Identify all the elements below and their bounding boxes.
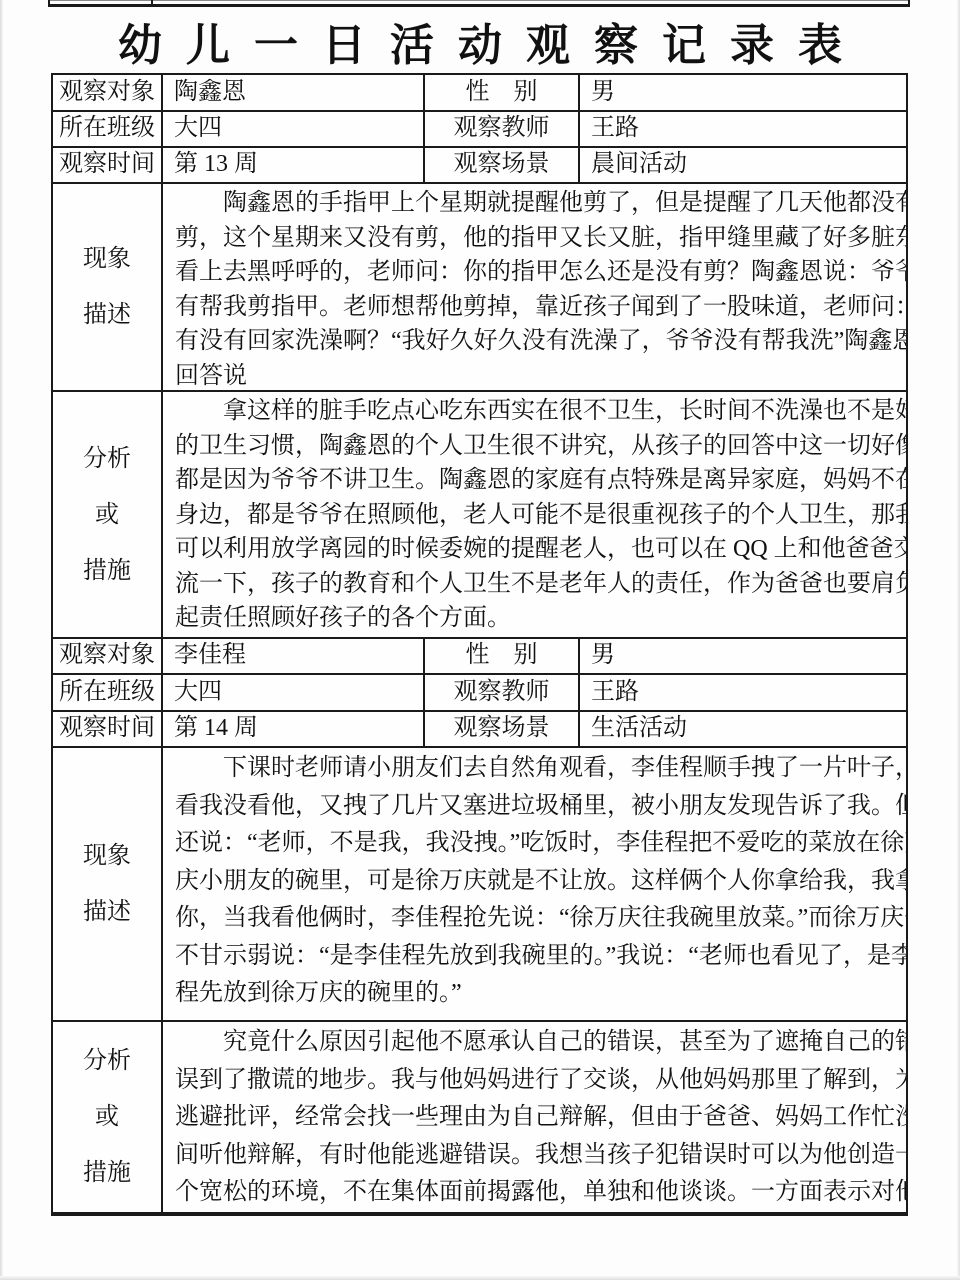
text-line: 程先放到徐万庆的碗里的。” [175,975,900,1013]
text-line: 看我没看他，又拽了几片又塞进垃圾桶里，被小朋友发现告诉了我。但他 [175,788,900,826]
text-line: 身边，都是爷爷在照顾他，老人可能不是很重视孩子的个人卫生，那我想 [175,498,900,533]
subject-label: 观察对象 [53,639,163,673]
previous-table-remnant-line [48,0,910,1]
phenomenon-label: 现象 描述 [53,748,163,1020]
table-row: 观察对象 李佳程 性 别 男 [53,639,906,675]
text-line: 有帮我剪指甲。老师想帮他剪掉，靠近孩子闻到了一股味道，老师问：你 [175,290,900,325]
gender-label: 性 别 [425,639,580,673]
analysis-text: 拿这样的脏手吃点心吃东西实在很不卫生，长时间不洗澡也不是好 的卫生习惯，陶鑫恩的… [163,392,906,637]
scene-label: 观察场景 [425,712,580,746]
phenomenon-label-line: 描述 [83,287,131,343]
analysis-label-line: 或 [95,487,119,543]
text-line: 有没有回家洗澡啊？“我好久好久没有洗澡了，爷爷没有帮我洗”陶鑫恩 [175,324,900,359]
text-line: 逃避批评，经常会找一些理由为自己辩解，但由于爸爸、妈妈工作忙没时 [175,1099,900,1137]
text-line: 可以利用放学离园的时候委婉的提醒老人，也可以在 QQ 上和他爸爸交 [175,532,900,567]
phenomenon-label-line: 现象 [83,828,131,884]
table-row: 所在班级 大四 观察教师 王路 [53,675,906,712]
class-value: 大四 [163,675,425,710]
table-row: 观察时间 第 13 周 观察场景 晨间活动 [53,148,906,184]
class-value: 大四 [163,112,425,146]
phenomenon-block: 现象 描述 陶鑫恩的手指甲上个星期就提醒他剪了，但是提醒了几天他都没有 剪，这个… [53,184,906,392]
teacher-label: 观察教师 [425,112,580,146]
teacher-label: 观察教师 [425,675,580,710]
text-line: 剪，这个星期来又没有剪，他的指甲又长又脏，指甲缝里藏了好多脏东西， [175,221,900,256]
observation-record-table: 观察对象 陶鑫恩 性 别 男 所在班级 大四 观察教师 王路 观察时间 第 13… [51,73,908,1216]
gender-value: 男 [580,75,906,110]
text-line: 究竟什么原因引起他不愿承认自己的错误，甚至为了遮掩自己的错 [175,1024,900,1062]
gender-label: 性 别 [425,75,580,110]
analysis-label-line: 分析 [83,1033,131,1089]
subject-label: 观察对象 [53,75,163,110]
text-line: 个宽松的环境，不在集体面前揭露他，单独和他谈谈。一方面表示对他错 [175,1174,900,1212]
subject-value: 李佳程 [163,639,425,673]
scene-value: 生活活动 [580,712,906,746]
analysis-label-line: 措施 [83,1145,131,1201]
text-line: 起责任照顾好孩子的各个方面。 [175,601,900,636]
phenomenon-text: 下课时老师请小朋友们去自然角观看，李佳程顺手拽了一片叶子， 看我没看他，又拽了几… [163,748,906,1020]
scene-label: 观察场景 [425,148,580,182]
text-line: 你，当我看他俩时，李佳程抢先说：“徐万庆往我碗里放菜。”而徐万庆也 [175,900,900,938]
text-line: 不甘示弱说：“是李佳程先放到我碗里的。”我说：“老师也看见了，是李佳 [175,938,900,976]
previous-table-column-divider [151,0,153,7]
phenomenon-text: 陶鑫恩的手指甲上个星期就提醒他剪了，但是提醒了几天他都没有 剪，这个星期来又没有… [163,184,906,390]
class-label: 所在班级 [53,675,163,710]
analysis-text: 究竟什么原因引起他不愿承认自己的错误，甚至为了遮掩自己的错 误到了撒谎的地步。我… [163,1022,906,1212]
analysis-label-line: 分析 [83,431,131,487]
text-line: 拿这样的脏手吃点心吃东西实在很不卫生，长时间不洗澡也不是好 [175,394,900,429]
analysis-block: 分析 或 措施 究竟什么原因引起他不愿承认自己的错误，甚至为了遮掩自己的错 误到… [53,1022,906,1212]
text-line: 都是因为爷爷不讲卫生。陶鑫恩的家庭有点特殊是离异家庭，妈妈不在 [175,463,900,498]
phenomenon-label-line: 描述 [83,884,131,940]
time-label: 观察时间 [53,148,163,182]
table-row: 所在班级 大四 观察教师 王路 [53,112,906,148]
text-line: 流一下，孩子的教育和个人卫生不是老年人的责任，作为爸爸也要肩负 [175,567,900,602]
text-line: 误到了撒谎的地步。我与他妈妈进行了交谈，从他妈妈那里了解到，为了 [175,1062,900,1100]
text-line: 回答说 [175,359,900,391]
scan-edge-left [0,0,3,1280]
previous-table-left-border [48,0,50,7]
class-label: 所在班级 [53,112,163,146]
text-line: 庆小朋友的碗里，可是徐万庆就是不让放。这样俩个人你拿给我，我拿给 [175,863,900,901]
analysis-label: 分析 或 措施 [53,1022,163,1212]
text-line: 间听他辩解，有时他能逃避错误。我想当孩子犯错误时可以为他创造一 [175,1137,900,1175]
analysis-label: 分析 或 措施 [53,392,163,637]
text-line: 陶鑫恩的手指甲上个星期就提醒他剪了，但是提醒了几天他都没有 [175,186,900,221]
page-title: 幼儿一日活动观察记录表 [0,21,960,71]
teacher-value: 王路 [580,675,906,710]
phenomenon-block: 现象 描述 下课时老师请小朋友们去自然角观看，李佳程顺手拽了一片叶子， 看我没看… [53,748,906,1022]
table-row: 观察对象 陶鑫恩 性 别 男 [53,75,906,112]
text-line: 下课时老师请小朋友们去自然角观看，李佳程顺手拽了一片叶子， [175,750,900,788]
time-value: 第 14 周 [163,712,425,746]
text-line: 看上去黑呼呼的，老师问：你的指甲怎么还是没有剪？陶鑫恩说：爷爷没 [175,255,900,290]
phenomenon-label-line: 现象 [83,231,131,287]
subject-value: 陶鑫恩 [163,75,425,110]
previous-table-bottom-border [48,4,910,7]
table-row: 观察时间 第 14 周 观察场景 生活活动 [53,712,906,748]
analysis-label-line: 措施 [83,543,131,599]
previous-table-right-border [908,0,910,7]
analysis-block: 分析 或 措施 拿这样的脏手吃点心吃东西实在很不卫生，长时间不洗澡也不是好 的卫… [53,392,906,639]
analysis-label-line: 或 [95,1089,119,1145]
text-line: 的卫生习惯，陶鑫恩的个人卫生很不讲究，从孩子的回答中这一切好像 [175,429,900,464]
gender-value: 男 [580,639,906,673]
text-line: 还说：“老师，不是我，我没拽。”吃饭时，李佳程把不爱吃的菜放在徐万 [175,825,900,863]
scan-edge-bottom [0,1276,960,1280]
phenomenon-label: 现象 描述 [53,184,163,390]
scene-value: 晨间活动 [580,148,906,182]
teacher-value: 王路 [580,112,906,146]
time-label: 观察时间 [53,712,163,746]
time-value: 第 13 周 [163,148,425,182]
